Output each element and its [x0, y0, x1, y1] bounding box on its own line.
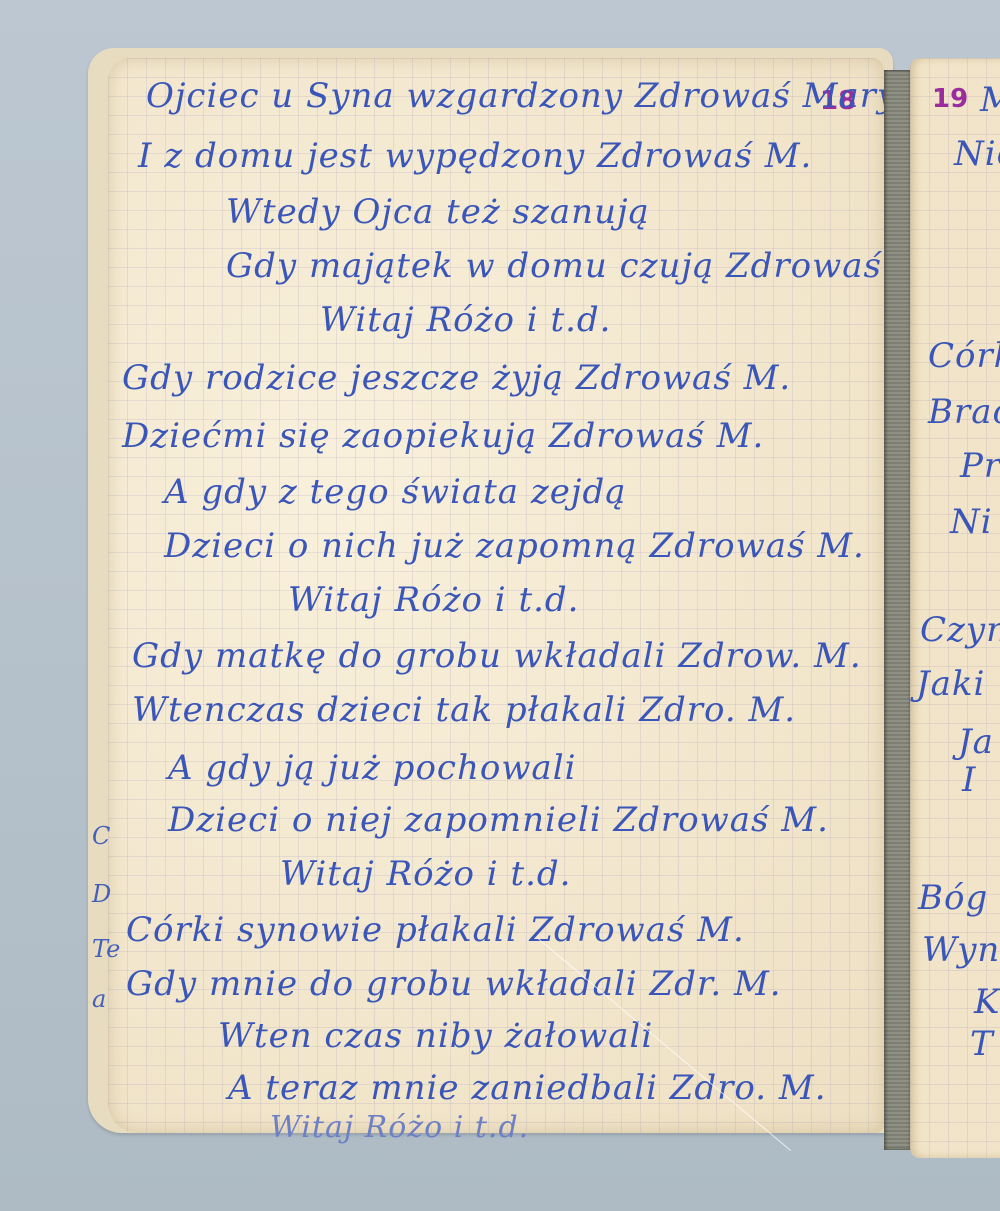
left-notebook-page: 18 Ojciec u Syna wzgardzony Zdrowaś Mary…	[108, 58, 884, 1133]
handwritten-line: Gdy mnie do grobu wkładali Zdr. M.	[126, 964, 782, 1004]
handwritten-line: I z domu jest wypędzony Zdrowaś M.	[138, 136, 812, 176]
handwritten-fragment: Jaki	[916, 664, 985, 704]
margin-fragment: Te	[92, 935, 120, 963]
handwritten-line: Wtenczas dzieci tak płakali Zdro. M.	[132, 690, 796, 730]
handwritten-line: Witaj Różo i t.d.	[270, 1110, 529, 1145]
handwritten-fragment: Bóg	[918, 878, 988, 918]
handwritten-line: A gdy z tego świata zejdą	[164, 472, 627, 512]
handwritten-line: Gdy rodzice jeszcze żyją Zdrowaś M.	[122, 358, 791, 398]
handwritten-fragment: M	[980, 80, 1000, 120]
handwritten-fragment: K	[974, 982, 1000, 1022]
handwritten-line: A gdy ją już pochowali	[168, 748, 576, 788]
handwritten-fragment: Ja	[958, 722, 994, 762]
handwritten-line: Córki synowie płakali Zdrowaś M.	[126, 910, 745, 950]
handwritten-line: Dziećmi się zaopiekują Zdrowaś M.	[122, 416, 764, 456]
page-number-19: 19	[932, 84, 968, 114]
handwritten-fragment: Ni	[950, 502, 993, 542]
notebook-spine	[884, 70, 912, 1150]
handwritten-line: Witaj Różo i t.d.	[288, 580, 580, 620]
handwritten-line: Wtedy Ojca też szanują	[226, 192, 650, 232]
handwritten-line: Witaj Różo i t.d.	[280, 854, 572, 894]
handwritten-line: Ojciec u Syna wzgardzony Zdrowaś Maryjo	[146, 76, 930, 116]
handwritten-fragment: Nie	[954, 134, 1000, 174]
handwritten-fragment: T	[970, 1024, 994, 1064]
handwritten-line: Wten czas niby żałowali	[218, 1016, 653, 1056]
handwritten-line: Witaj Różo i t.d.	[320, 300, 612, 340]
handwritten-line: Gdy matkę do grobu wkładali Zdrow. M.	[132, 636, 862, 676]
handwritten-line: Dzieci o niej zapomnieli Zdrowaś M.	[168, 800, 829, 840]
handwritten-fragment: Wyn	[922, 930, 1000, 970]
handwritten-fragment: Czyn	[920, 610, 1000, 650]
margin-fragment: C	[92, 822, 110, 850]
handwritten-fragment: I	[962, 760, 976, 800]
handwritten-line: Dzieci o nich już zapomną Zdrowaś M.	[164, 526, 865, 566]
handwritten-line: Gdy majątek w domu czują Zdrowaś M.	[226, 246, 941, 286]
right-notebook-page: 19 M Nie Córk Brac Pr Ni Czyn Jaki Ja I …	[910, 58, 1000, 1158]
handwritten-line: A teraz mnie zaniedbali Zdro. M.	[228, 1068, 827, 1108]
handwritten-fragment: Brac	[928, 392, 1000, 432]
handwritten-fragment: Córk	[928, 336, 1000, 376]
margin-fragment: D	[92, 880, 111, 908]
margin-fragment: a	[92, 985, 106, 1013]
handwritten-fragment: Pr	[960, 446, 1000, 486]
